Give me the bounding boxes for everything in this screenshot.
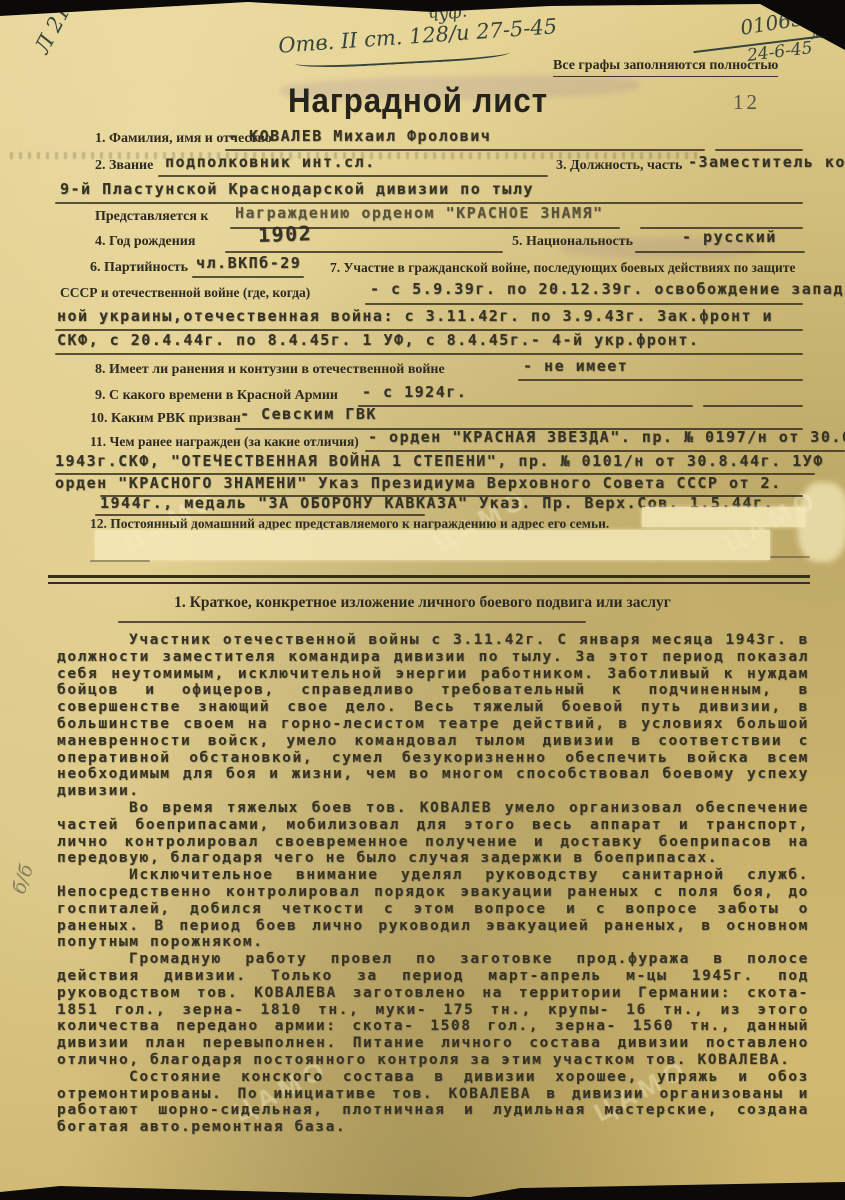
document-title: Наградной лист <box>288 82 548 121</box>
field-1-value: - КОВАЛЕВ Михаил Фролович <box>228 127 491 145</box>
form-line <box>158 175 548 177</box>
field-6-label: 6. Партийность <box>90 260 188 276</box>
field-7-value-line1: - с 5.9.39г. по 20.12.39г. освобождение … <box>370 280 845 298</box>
citation-paragraph: Исключительное внимание уделял руководст… <box>57 867 809 951</box>
citation-heading: 1. Краткое, конкретное изложение личного… <box>0 594 845 612</box>
field-4-value: 1902 <box>258 221 313 247</box>
heading-underline <box>118 621 586 623</box>
field-5-value: - русский <box>682 228 777 246</box>
citation-paragraph: Громадную работу провел по заготовке про… <box>57 951 809 1069</box>
form-line <box>365 303 803 305</box>
field-7-value-line3: СКФ, с 20.4.44г. по 8.4.45г. 1 УФ, с 8.4… <box>57 331 699 349</box>
redacted-area <box>95 530 770 560</box>
field-8-value: - не имеет <box>523 357 628 375</box>
section-divider <box>48 575 810 584</box>
citation-paragraph: Во время тяжелых боев тов. КОВАЛЕВ умело… <box>57 800 809 867</box>
represented-for-label: Представляется к <box>95 209 208 225</box>
form-line <box>518 379 803 381</box>
field-9-value: - с 1924г. <box>362 383 467 401</box>
field-5-label: 5. Национальность <box>512 234 633 250</box>
field-11-line3: орден "КРАСНОГО ЗНАМЕНИ" Указ Президиума… <box>55 474 782 492</box>
form-line <box>90 560 150 562</box>
handwritten-number: 010639 <box>739 4 818 40</box>
scanned-document: ЦАМО ЦАМО ЦАМО ЦАМО ЦАМО Л 219 чуф. Отв.… <box>0 0 845 1200</box>
citation-paragraph: Состояние конского состава в дивизии хор… <box>57 1069 809 1136</box>
field-7-label-part2: СССР и отечественной войне (где, когда) <box>60 285 310 301</box>
archive-code-handwriting: Л 219 <box>30 0 81 57</box>
redacted-area <box>642 507 805 527</box>
field-9-label: 9. С какого времени в Красной Армии <box>95 388 338 404</box>
field-10-label: 10. Каким РВК призван <box>90 411 241 427</box>
form-line <box>635 251 805 253</box>
form-line <box>192 276 304 278</box>
field-4-label: 4. Год рождения <box>95 234 195 250</box>
form-line <box>770 556 810 558</box>
form-line <box>703 405 803 407</box>
handwritten-initials: мд <box>809 21 837 44</box>
field-3-value: -Заместитель командира <box>688 153 845 171</box>
citation-paragraph: Участник отечественной войны с 3.11.42г.… <box>57 632 809 800</box>
citation-text: Участник отечественной войны с 3.11.42г.… <box>57 632 809 1136</box>
form-line <box>55 353 803 355</box>
form-line <box>715 149 803 151</box>
field-8-label: 8. Имеет ли ранения и контузии в отечест… <box>95 362 445 378</box>
field-10-value: - Севским ГВК <box>240 405 377 423</box>
form-line <box>358 405 693 407</box>
field-7-value-line2: ной украины,отечественная война: с 3.11.… <box>57 307 773 325</box>
field-11-label: 11. Чем ранее награжден (за какие отличи… <box>90 434 359 450</box>
page-number: 12 <box>733 90 760 115</box>
field-3-label: 3. Должность, часть <box>556 158 682 174</box>
represented-for-value: Награждению орденом "КРАСНОЕ ЗНАМЯ" <box>235 204 604 222</box>
form-line <box>225 149 705 151</box>
field-7-label-part1: 7. Участие в гражданской войне, последую… <box>330 260 795 276</box>
form-line <box>225 251 503 253</box>
field-2-value: подполковник инт.сл. <box>165 153 376 171</box>
field-6-value: чл.ВКПб-29 <box>196 254 301 272</box>
paper-sheet: ЦАМО ЦАМО ЦАМО ЦАМО ЦАМО Л 219 чуф. Отв.… <box>0 0 845 1200</box>
fill-all-fields-note: Все графы заполняются полностью <box>553 58 778 77</box>
margin-mark-handwriting: б/б <box>8 862 38 897</box>
field-3-value-continued: 9-й Пластунской Краснодарской дивизии по… <box>60 180 534 198</box>
field-11-line1: - орден "КРАСНАЯ ЗВЕЗДА". пр. № 0197/н о… <box>368 428 845 446</box>
field-2-label: 2. Звание <box>95 158 153 174</box>
field-11-line2: 1943г.СКФ, "ОТЕЧЕСТВЕННАЯ ВОЙНА 1 СТЕПЕН… <box>55 452 824 470</box>
